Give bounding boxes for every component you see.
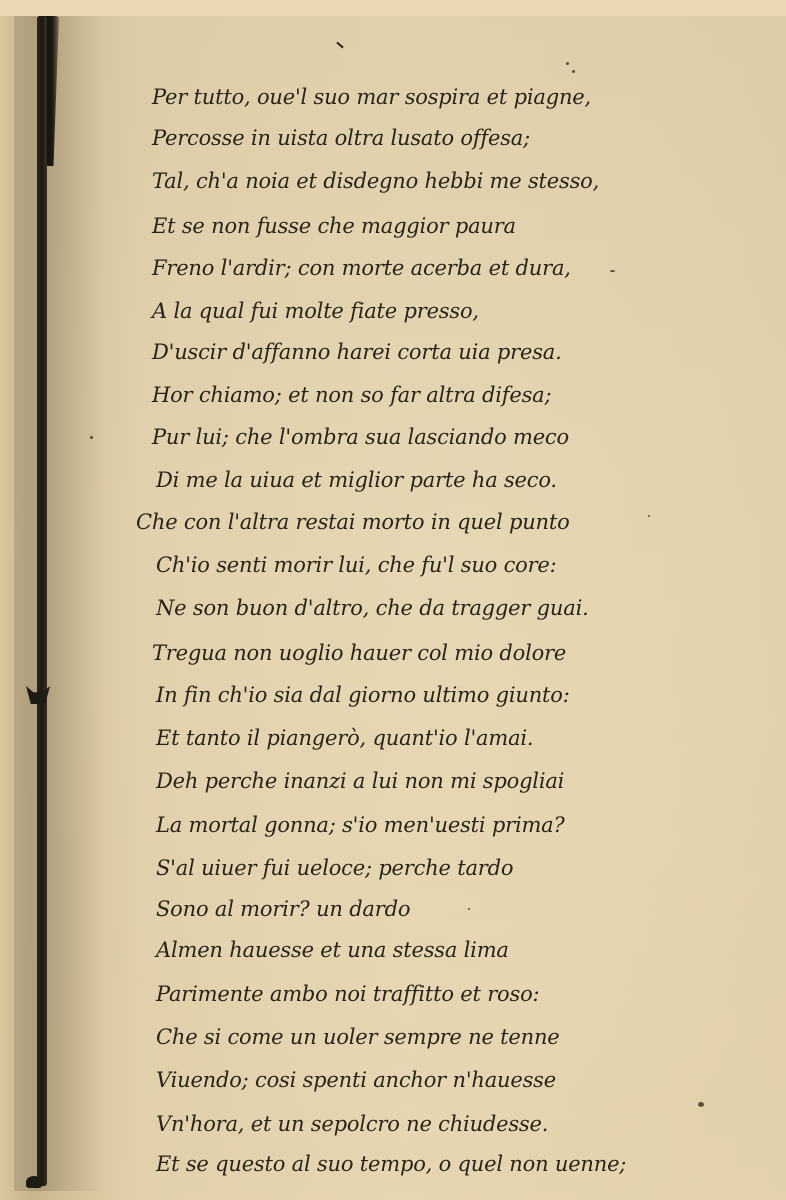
verse-line: Che si come un uoler sempre ne tenne [156, 1027, 560, 1048]
verse-line: Et tanto il piangerò, quant'io l'amai. [156, 728, 533, 749]
book-page: Per tutto, oue'l suo mar sospira et piag… [0, 0, 786, 1200]
page-top-margin [0, 0, 786, 16]
verse-line: Hor chiamo; et non so far altra difesa; [152, 385, 551, 406]
ink-speck [566, 62, 569, 65]
binding-foot [26, 1176, 42, 1188]
ink-speck [610, 270, 615, 272]
verse-line: Che con l'altra restai morto in quel pun… [136, 512, 570, 533]
verse-line: Et se non fusse che maggior paura [152, 216, 516, 237]
ink-speck [572, 70, 575, 73]
ink-speck [90, 436, 93, 439]
ink-speck [698, 1102, 704, 1107]
verse-line: Viuendo; cosi spenti anchor n'hauesse [156, 1070, 556, 1091]
gutter-shadow [14, 16, 104, 1191]
verse-line: Per tutto, oue'l suo mar sospira et piag… [152, 87, 591, 108]
verse-line: Vn'hora, et un sepolcro ne chiudesse. [156, 1114, 548, 1135]
verse-line: Almen hauesse et una stessa lima [156, 940, 509, 961]
verse-line: Di me la uiua et miglior parte ha seco. [156, 470, 557, 491]
verse-line: La mortal gonna; s'io men'uesti prima? [156, 815, 565, 836]
binding-thread [37, 16, 47, 1186]
verse-line: Pur lui; che l'ombra sua lasciando meco [152, 427, 569, 448]
verse-line: Freno l'ardir; con morte acerba et dura, [152, 258, 571, 279]
verse-line: Ch'io senti morir lui, che fu'l suo core… [156, 555, 557, 576]
verse-line: Parimente ambo noi traffitto et roso: [156, 984, 539, 1005]
ink-speck [648, 515, 650, 517]
verse-line: D'uscir d'affanno harei corta uia presa. [152, 342, 562, 363]
verse-line: Percosse in uista oltra lusato offesa; [152, 128, 530, 149]
verse-line: Tregua non uoglio hauer col mio dolore [152, 643, 566, 664]
verse-line: Et se questo al suo tempo, o quel non ue… [156, 1154, 626, 1175]
verse-line: Sono al morir? un dardo [156, 899, 410, 920]
verse-line: Tal, ch'a noia et disdegno hebbi me stes… [152, 171, 599, 192]
verse-line: A la qual fui molte fiate presso, [152, 301, 479, 322]
verse-line: Ne son buon d'altro, che da tragger guai… [156, 598, 589, 619]
ink-speck [468, 908, 470, 910]
verse-line: S'al uiuer fui ueloce; perche tardo [156, 858, 513, 879]
verse-line: Deh perche inanzi a lui non mi spogliai [156, 771, 564, 792]
verse-line: In fin ch'io sia dal giorno ultimo giunt… [156, 685, 570, 706]
